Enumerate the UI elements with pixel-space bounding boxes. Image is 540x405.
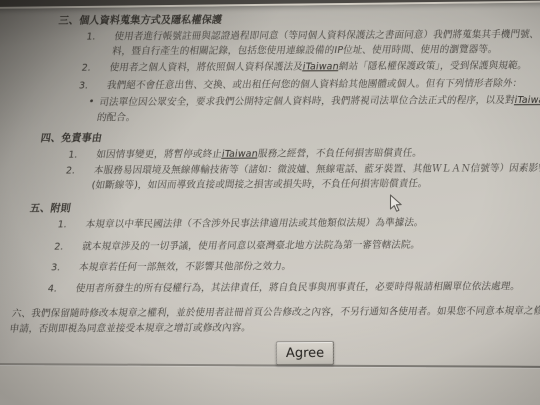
item-text: 使用者進行帳號註冊與認證過程即同意（等同個人資料保護法之書面同意）我們將蒐集其手…	[111, 27, 540, 60]
item-text: 我們絕不會任意出售、交換、或出租任何您的個人資料給其他團體或個人。但有下列情形者…	[106, 76, 540, 94]
list-item: 1. 本規章以中華民國法律（不含涉外民事法律適用法或其他類似法規）為準據法。	[56, 215, 540, 233]
item-number: 2.	[65, 163, 77, 178]
item-text-run: 服務之經營，不負任何損害賠償責任。	[257, 148, 423, 160]
item-number: 2.	[80, 60, 92, 75]
closing-paragraph: 六、我們保留隨時修改本規章之權利，並於使用者註冊首頁公告修改之內容，不另行通知各…	[8, 304, 540, 337]
section-heading-supplementary: 五、附則	[29, 199, 72, 214]
bullet-item: • 司法單位因公眾安全，要求我們公開特定個人資料時，我們將視司法單位合法正式的程…	[85, 93, 540, 126]
item-text: 就本規章涉及的一切爭議，使用者同意以臺灣臺北地方法院為第一審管轄法院。	[81, 237, 540, 255]
list-item: 3. 本規章若任何一部無效，不影響其他部份之效力。	[50, 258, 540, 276]
mouse-cursor-icon	[388, 194, 403, 218]
item-text-run: 我們絕不會任意出售、交換、或出租任何您的個人資料給其他團體或個人。但有下列情形者…	[106, 78, 523, 91]
item-text-run: 網站「隱私權保護政策」，受到保護與規範。	[338, 60, 528, 72]
list-item: 4. 使用者所發生的所有侵權行為，其法律責任，將自負民事與刑事責任，必要時得報請…	[47, 279, 540, 297]
agree-button[interactable]: Agree	[276, 341, 334, 365]
item-number: 2.	[53, 239, 65, 254]
item-number: 4.	[47, 281, 59, 296]
item-number: 1.	[67, 147, 79, 162]
item-text-run: 使用者進行帳號註冊與認證過程即同意（等同個人資料保護法之書面同意）我們將蒐集其手…	[111, 29, 540, 58]
list-item: 3. 我們絕不會任意出售、交換、或出租任何您的個人資料給其他團體或個人。但有下列…	[78, 76, 540, 94]
list-item: 2. 就本規章涉及的一切爭議，使用者同意以臺灣臺北地方法院為第一審管轄法院。	[53, 237, 540, 255]
item-text-run: 本服務易因環境及無線傳輸技術等（諸如：微波爐、無線電話、藍牙裝置、其他ＷＬＡＮ信…	[91, 163, 540, 192]
item-text-run: 司法單位因公眾安全，要求我們公開特定個人資料時，我們將視司法單位合法正式的程序，…	[98, 95, 515, 108]
item-text-run: 本規章以中華民國法律（不含涉外民事法律適用法或其他類似法規）為準據法。	[85, 218, 425, 231]
section-heading-privacy: 三、個人資料蒐集方式及隱私權保護	[58, 11, 224, 27]
itaiwan-link[interactable]: iTaiwan	[514, 95, 540, 106]
list-item: 1. 使用者進行帳號註冊與認證過程即同意（等同個人資料保護法之書面同意）我們將蒐…	[83, 27, 540, 60]
section-heading-disclaimer: 四、免責事由	[40, 129, 104, 144]
item-text: 本規章以中華民國法律（不含涉外民事法律適用法或其他類似法規）為準據法。	[84, 215, 540, 233]
item-number: 3.	[50, 260, 62, 275]
item-number: 1.	[56, 217, 68, 232]
bullet-icon: •	[87, 94, 95, 109]
item-text-run: 如因情事變更，將暫停或終止	[95, 149, 222, 161]
list-item: 2. 本服務易因環境及無線傳輸技術等（諸如：微波爐、無線電話、藍牙裝置、其他ＷＬ…	[62, 161, 540, 194]
bullet-text: 司法單位因公眾安全，要求我們公開特定個人資料時，我們將視司法單位合法正式的程序，…	[96, 93, 540, 126]
item-text-run: 就本規章涉及的一切爭議，使用者同意以臺灣臺北地方法院為第一審管轄法院。	[81, 240, 421, 253]
item-text: 本服務易因環境及無線傳輸技術等（諸如：微波爐、無線電話、藍牙裝置、其他ＷＬＡＮ信…	[90, 161, 540, 194]
item-number: 3.	[78, 78, 90, 93]
item-text-run: 使用者所發生的所有侵權行為，其法律責任，將自負民事與刑事責任，必要時得報請相關單…	[75, 281, 521, 294]
terms-document: 三、個人資料蒐集方式及隱私權保護 1. 使用者進行帳號註冊與認證過程即同意（等同…	[0, 0, 540, 405]
itaiwan-link[interactable]: iTaiwan	[221, 149, 259, 160]
item-text: 使用者所發生的所有侵權行為，其法律責任，將自負民事與刑事責任，必要時得報請相關單…	[75, 279, 540, 297]
item-text: 如因情事變更，將暫停或終止iTaiwan服務之經營，不負任何損害賠償責任。	[95, 145, 540, 163]
item-text-run: 本規章若任何一部無效，不影響其他部份之效力。	[78, 261, 292, 273]
item-text: 使用者之個人資料，將依照個人資料保護法及iTaiwan網站「隱私權保護政策」，受…	[108, 58, 540, 76]
item-text-run: 使用者之個人資料，將依照個人資料保護法及	[109, 61, 304, 73]
list-item: 1. 如因情事變更，將暫停或終止iTaiwan服務之經營，不負任何損害賠償責任。	[67, 145, 540, 163]
item-number: 1.	[85, 29, 97, 44]
list-item: 2. 使用者之個人資料，將依照個人資料保護法及iTaiwan網站「隱私權保護政策…	[80, 58, 540, 76]
item-text: 本規章若任何一部無效，不影響其他部份之效力。	[78, 258, 540, 276]
itaiwan-link[interactable]: iTaiwan	[302, 61, 340, 72]
